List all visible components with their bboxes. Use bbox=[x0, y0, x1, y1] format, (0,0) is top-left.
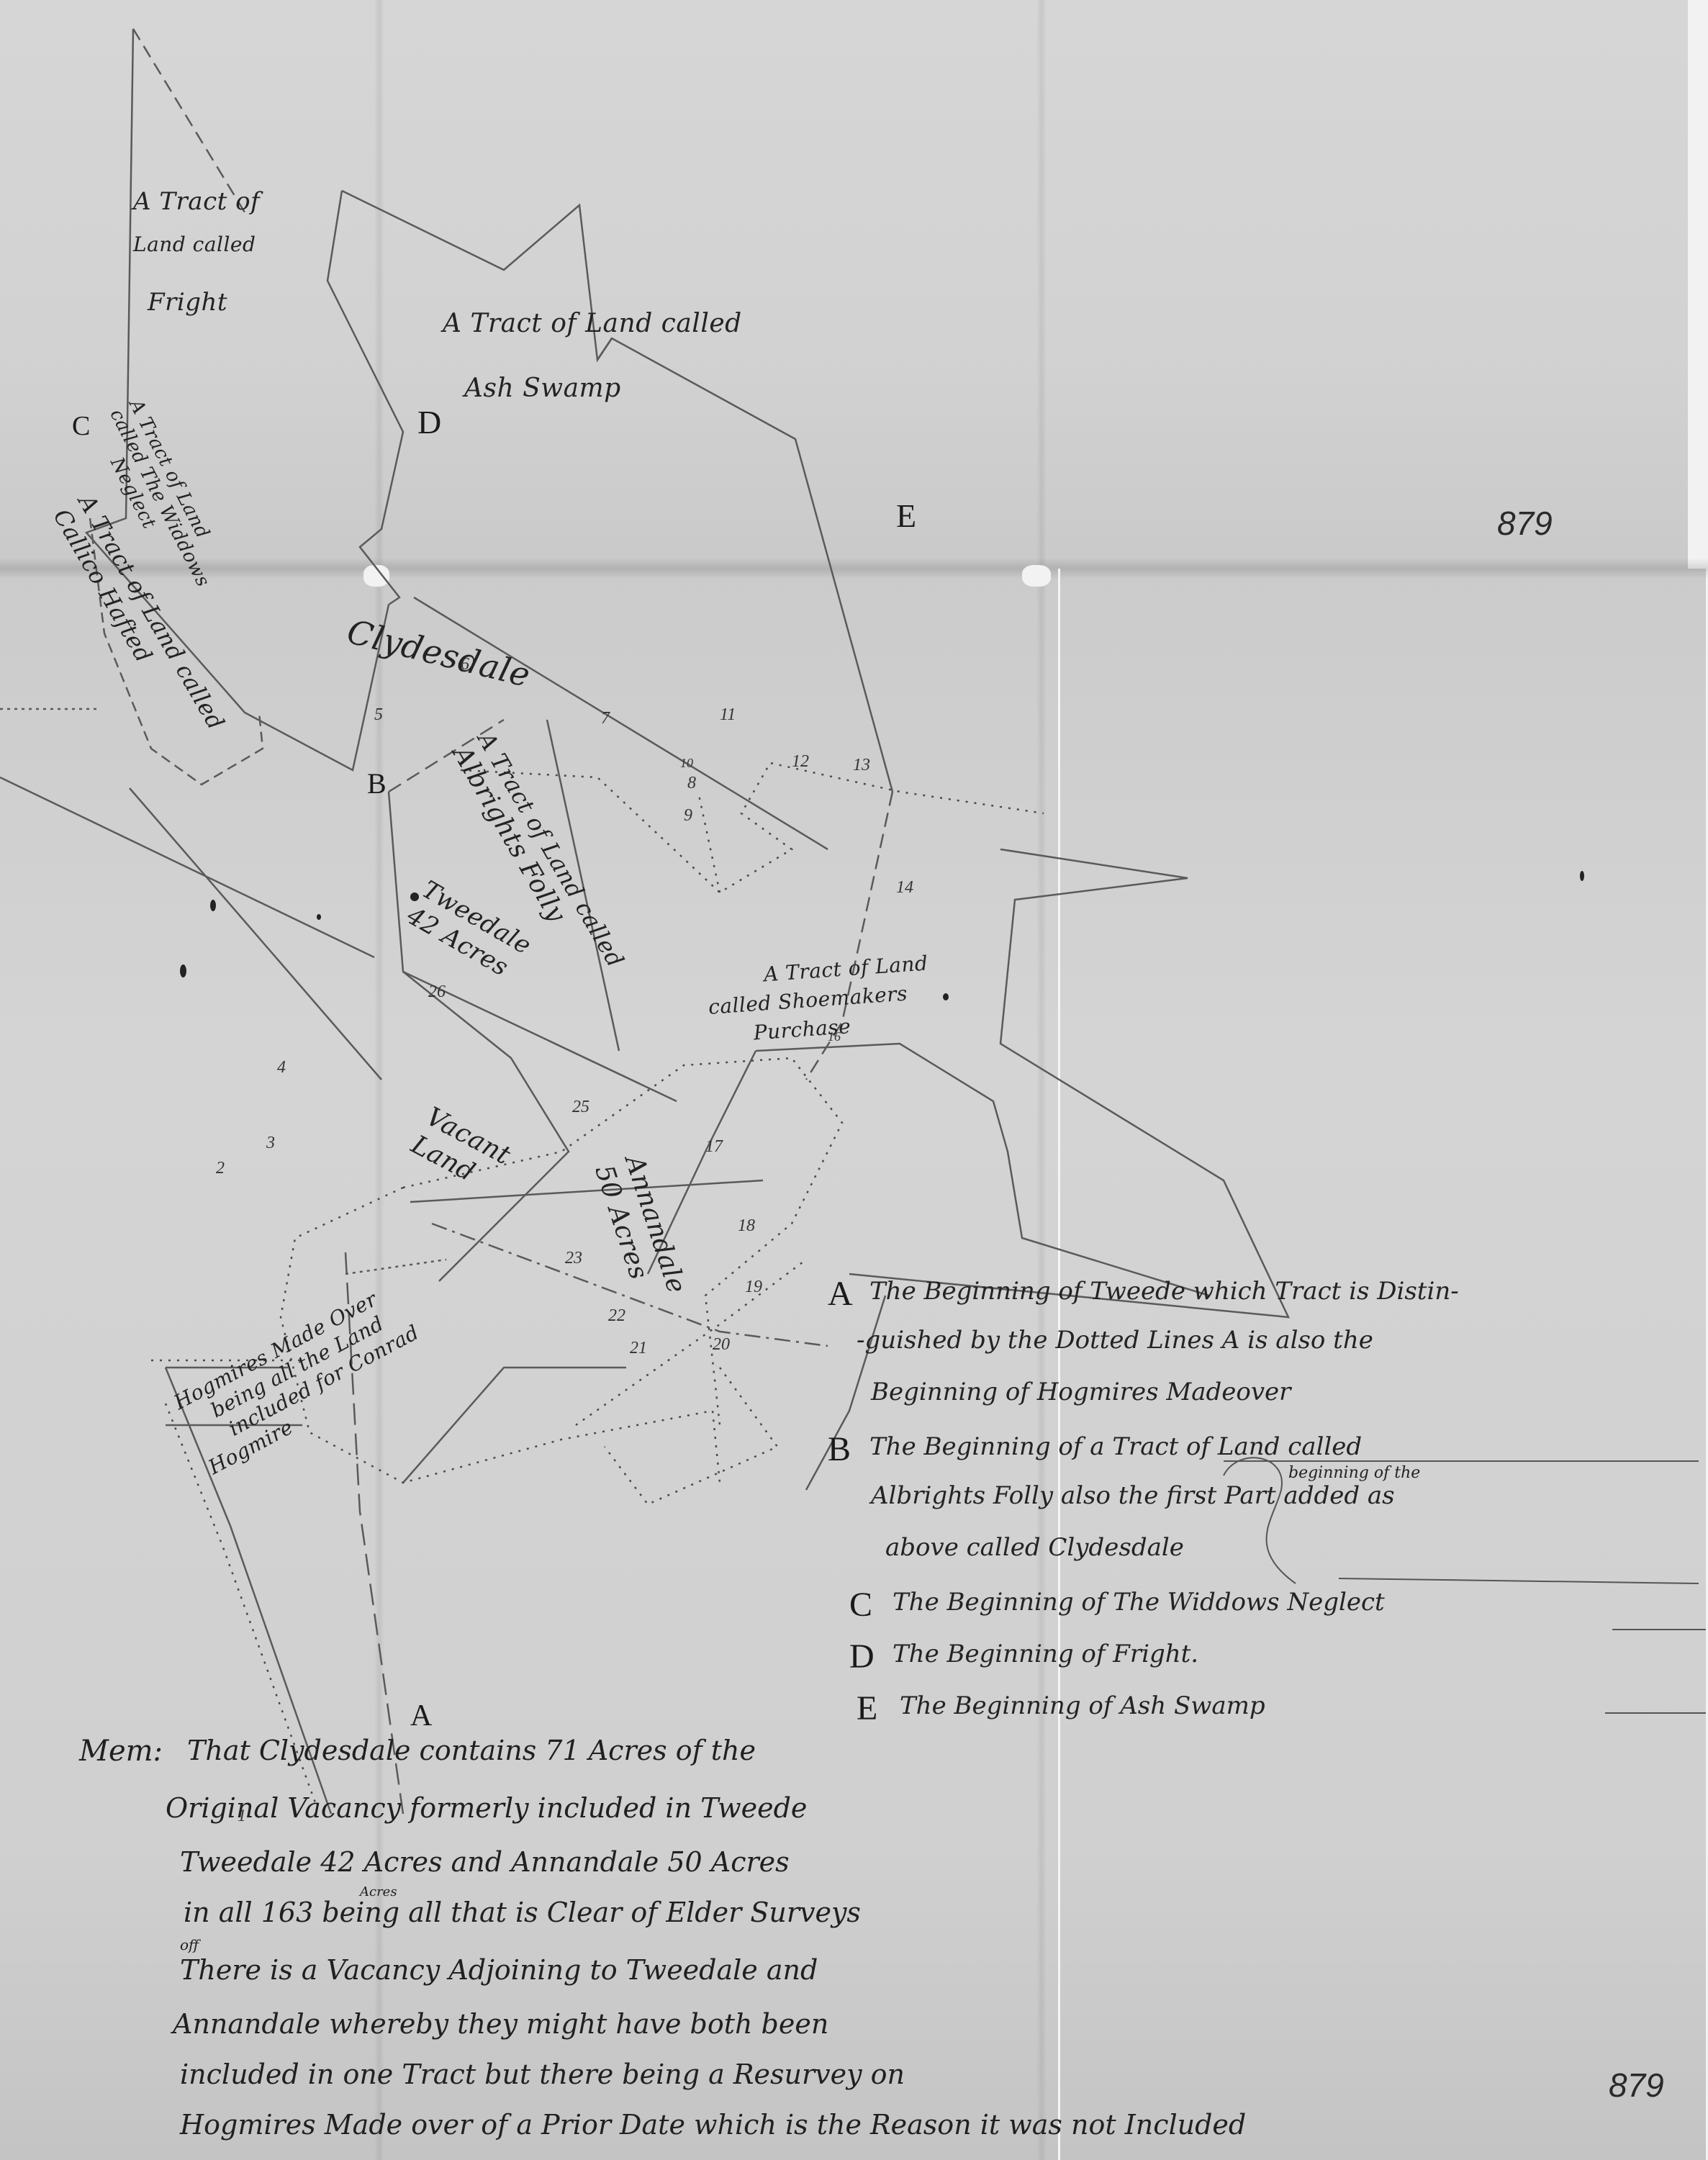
station-number: 2 bbox=[216, 1159, 225, 1178]
station-number: 19 bbox=[745, 1278, 762, 1297]
memo-line: There is a Vacancy Adjoining to Tweedale… bbox=[180, 1954, 818, 1986]
station-number: 16 bbox=[828, 1029, 841, 1044]
station-number: 18 bbox=[738, 1216, 755, 1236]
station-number: 25 bbox=[572, 1098, 589, 1117]
memo-line: That Clydesdale contains 71 Acres of the bbox=[187, 1735, 756, 1766]
memo-line: in all 163 being all that is Clear of El… bbox=[184, 1897, 861, 1928]
catalog-number-bottom: 879 bbox=[1609, 2066, 1664, 2105]
station-number: 26 bbox=[428, 982, 446, 1002]
legend-entry-a: A The Beginning of Tweede which Tract is… bbox=[828, 1274, 1691, 1326]
legend-entry-b-cont: above called Clydesdale bbox=[828, 1533, 1691, 1585]
ink-speck bbox=[317, 914, 321, 920]
memo-prefix: Mem: bbox=[79, 1735, 163, 1768]
station-number: 10 bbox=[680, 756, 693, 771]
legend-text: above called Clydesdale bbox=[885, 1533, 1184, 1562]
legend-entry-a-cont: Beginning of Hogmires Madeover bbox=[828, 1378, 1691, 1429]
point-d: D bbox=[417, 403, 441, 441]
station-number: 4 bbox=[277, 1058, 286, 1077]
legend-text: The Beginning of Tweede which Tract is D… bbox=[869, 1277, 1459, 1306]
legend-entry-b-cont: Albrights Folly also the first Part adde… bbox=[828, 1481, 1691, 1533]
legend-text: Beginning of Hogmires Madeover bbox=[871, 1378, 1291, 1406]
legend-key: C bbox=[849, 1585, 872, 1624]
station-number: 13 bbox=[853, 756, 870, 775]
station-number: 3 bbox=[266, 1134, 275, 1153]
legend-key: D bbox=[849, 1637, 875, 1676]
memo-line: Annandale whereby they might have both b… bbox=[173, 2008, 828, 2040]
station-number: 7 bbox=[601, 709, 610, 728]
ink-speck bbox=[210, 900, 216, 911]
station-number: 20 bbox=[713, 1335, 730, 1355]
legend-entry-c: C The Beginning of The Widdows Neglect bbox=[828, 1585, 1691, 1637]
point-a: A bbox=[410, 1699, 432, 1733]
station-number: 12 bbox=[792, 752, 809, 772]
tract-label-ash-swamp: A Tract of Land called Ash Swamp bbox=[443, 292, 742, 421]
survey-map-lines bbox=[0, 0, 1708, 2160]
point-b: B bbox=[367, 767, 387, 800]
station-number: 8 bbox=[687, 774, 696, 793]
legend-key: B bbox=[828, 1429, 851, 1469]
station-number: 23 bbox=[565, 1249, 582, 1268]
legend-text: The Beginning of The Widdows Neglect bbox=[893, 1588, 1385, 1617]
station-number: 5 bbox=[374, 705, 383, 725]
station-number: 14 bbox=[896, 878, 913, 898]
legend-entry-d: D The Beginning of Fright. bbox=[828, 1637, 1691, 1689]
station-number: 17 bbox=[705, 1137, 723, 1157]
ink-speck bbox=[1580, 871, 1584, 881]
legend: A The Beginning of Tweede which Tract is… bbox=[828, 1274, 1691, 1740]
memo-line: Tweedale 42 Acres and Annandale 50 Acres bbox=[180, 1846, 790, 1878]
point-c: C bbox=[72, 410, 90, 442]
legend-entry-e: E The Beginning of Ash Swamp bbox=[828, 1689, 1691, 1740]
legend-text: The Beginning of Ash Swamp bbox=[900, 1691, 1265, 1720]
ink-speck bbox=[180, 964, 186, 977]
catalog-number-top: 879 bbox=[1497, 504, 1553, 543]
tract-label-fright: A Tract of Land called Fright bbox=[133, 180, 260, 324]
legend-text: The Beginning of Fright. bbox=[893, 1640, 1198, 1668]
label-line: Land called bbox=[133, 223, 260, 266]
survey-plat-document: A Tract of Land called Fright A Tract of… bbox=[0, 0, 1708, 2160]
legend-text: -guished by the Dotted Lines A is also t… bbox=[857, 1326, 1373, 1355]
memo-line: Hogmires Made over of a Prior Date which… bbox=[180, 2109, 1246, 2141]
label-line: A Tract of Land called bbox=[443, 292, 742, 356]
label-line: Fright bbox=[148, 281, 260, 324]
point-e: E bbox=[896, 497, 916, 535]
legend-key: E bbox=[857, 1689, 877, 1728]
label-line: Ash Swamp bbox=[464, 356, 742, 421]
station-number: 9 bbox=[684, 806, 692, 826]
legend-entry-b: B The Beginning of a Tract of Land calle… bbox=[828, 1429, 1691, 1481]
station-number: 6 bbox=[461, 655, 469, 674]
tract-label-shoemakers-purchase: A Tract of Land called Shoemakers Purcha… bbox=[705, 949, 933, 1050]
label-line: A Tract of bbox=[133, 180, 260, 223]
memo-line: included in one Tract but there being a … bbox=[180, 2059, 905, 2090]
legend-entry-a-cont: -guished by the Dotted Lines A is also t… bbox=[828, 1326, 1691, 1378]
ink-speck bbox=[943, 993, 949, 1000]
legend-key: A bbox=[828, 1274, 853, 1314]
station-number: 11 bbox=[720, 705, 736, 725]
station-number: 22 bbox=[608, 1306, 625, 1326]
legend-text: Albrights Folly also the first Part adde… bbox=[871, 1481, 1395, 1510]
legend-text: The Beginning of a Tract of Land called bbox=[869, 1432, 1362, 1461]
station-number: 21 bbox=[630, 1339, 647, 1358]
memo-interlinear: off bbox=[180, 1936, 199, 1953]
memo-line: Original Vacancy formerly included in Tw… bbox=[166, 1792, 807, 1824]
legend-interlinear: beginning of the bbox=[1288, 1464, 1420, 1482]
